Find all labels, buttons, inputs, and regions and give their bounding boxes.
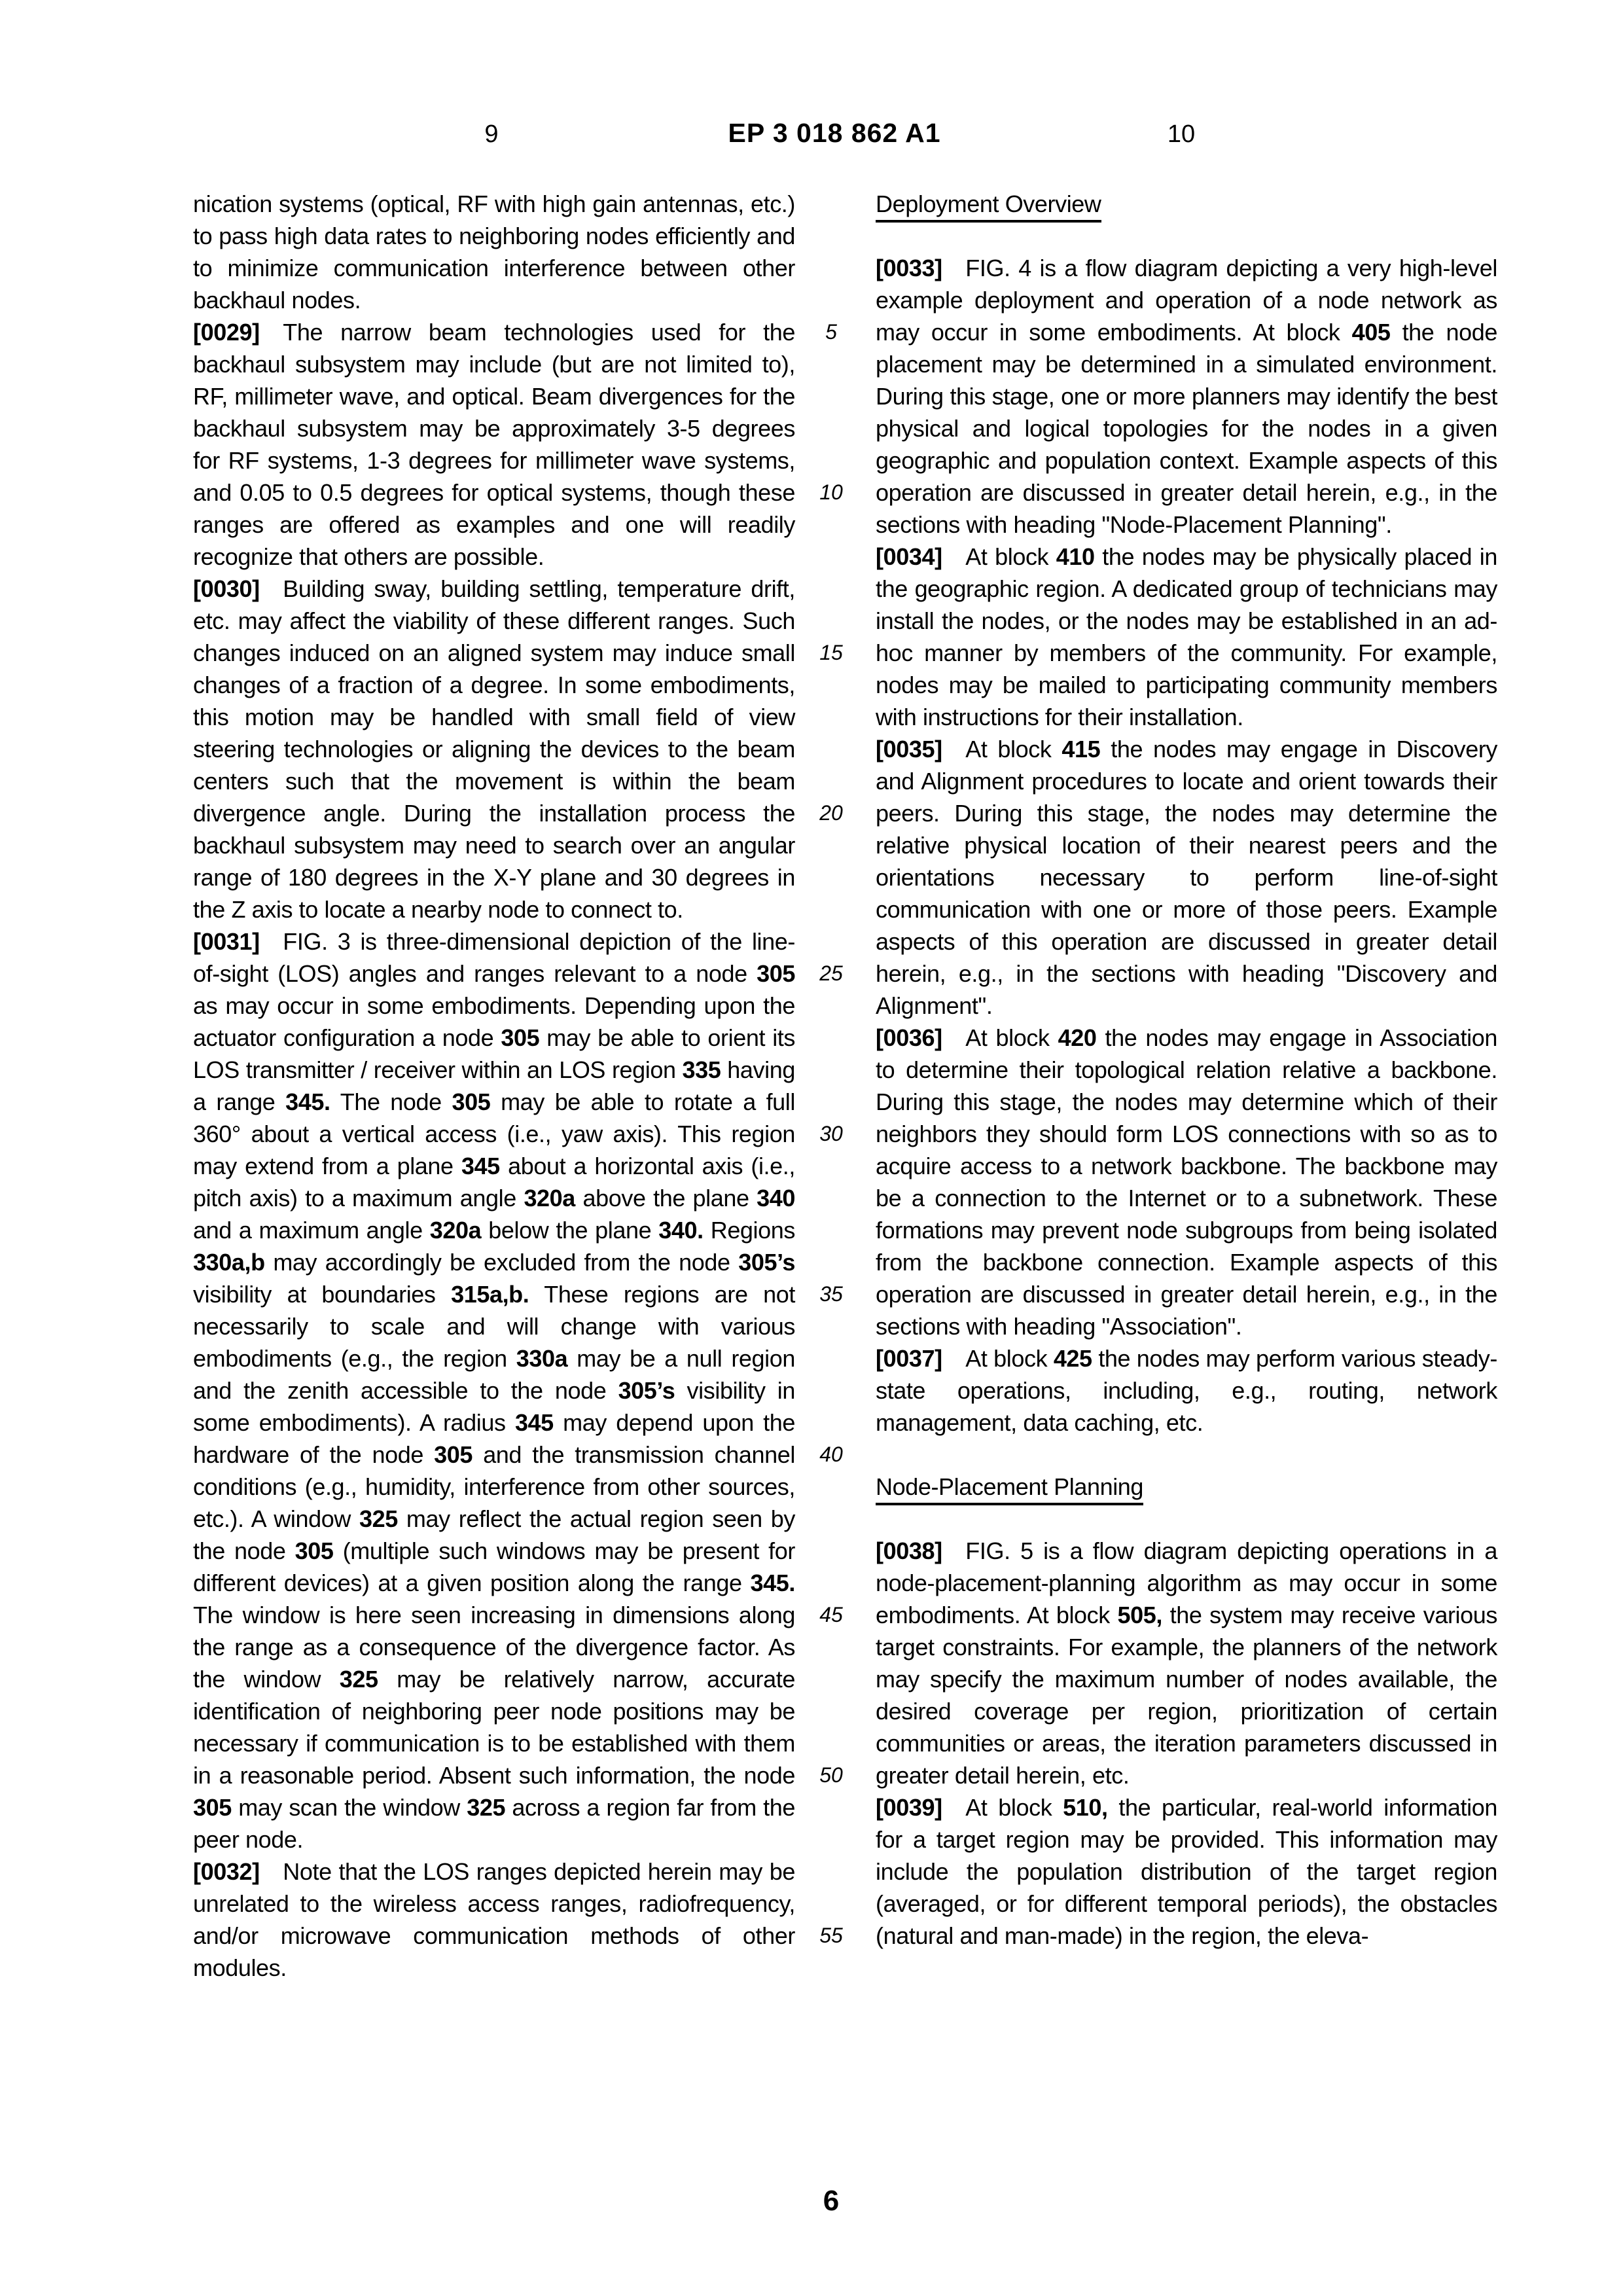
paragraph-0033: [0033] FIG. 4 is a flow diagram depictin… — [876, 252, 1497, 541]
paragraph-0030: [0030] Building sway, building settling,… — [193, 573, 795, 925]
header-page-number-right: 10 — [1168, 120, 1195, 149]
line-number-50: 50 — [819, 1759, 843, 1791]
section-heading-deployment-overview-text: Deployment Overview — [876, 190, 1101, 223]
paragraph-continuation: nication systems (optical, RF with high … — [193, 188, 795, 316]
header-page-number-left: 9 — [484, 120, 498, 149]
paragraph-0038: [0038] FIG. 5 is a flow diagram depictin… — [876, 1535, 1497, 1791]
paragraph-0029: [0029] The narrow beam technologies used… — [193, 316, 795, 573]
line-number-5: 5 — [825, 316, 837, 348]
paragraph-0039: [0039] At block 510, the particular, rea… — [876, 1791, 1497, 1952]
line-number-40: 40 — [819, 1439, 843, 1471]
section-heading-node-placement-planning: Node-Placement Planning — [876, 1471, 1497, 1503]
paragraph-0031: [0031] FIG. 3 is three-dimensional depic… — [193, 925, 795, 1856]
right-column: Deployment Overview[0033] FIG. 4 is a fl… — [876, 188, 1497, 1952]
header-document-id: EP 3 018 862 A1 — [728, 118, 940, 148]
line-number-15: 15 — [819, 637, 843, 669]
paragraph-0036: [0036] At block 420 the nodes may engage… — [876, 1022, 1497, 1342]
line-number-25: 25 — [819, 958, 843, 990]
line-number-35: 35 — [819, 1278, 843, 1310]
left-column: nication systems (optical, RF with high … — [193, 188, 795, 1984]
line-number-20: 20 — [819, 797, 843, 829]
footer-page-number: 6 — [823, 2185, 839, 2217]
patent-document-page: 9 EP 3 018 862 A1 10 nication systems (o… — [0, 0, 1623, 2296]
section-heading-node-placement-planning-text: Node-Placement Planning — [876, 1473, 1143, 1505]
paragraph-0035: [0035] At block 415 the nodes may engage… — [876, 733, 1497, 1022]
line-number-30: 30 — [819, 1118, 843, 1150]
line-number-45: 45 — [819, 1599, 843, 1631]
paragraph-0037: [0037] At block 425 the nodes may perfor… — [876, 1342, 1497, 1439]
paragraph-0032: [0032] Note that the LOS ranges depicted… — [193, 1856, 795, 1984]
paragraph-0034: [0034] At block 410 the nodes may be phy… — [876, 541, 1497, 733]
line-number-10: 10 — [819, 476, 843, 509]
line-number-55: 55 — [819, 1920, 843, 1952]
section-heading-deployment-overview: Deployment Overview — [876, 188, 1497, 220]
